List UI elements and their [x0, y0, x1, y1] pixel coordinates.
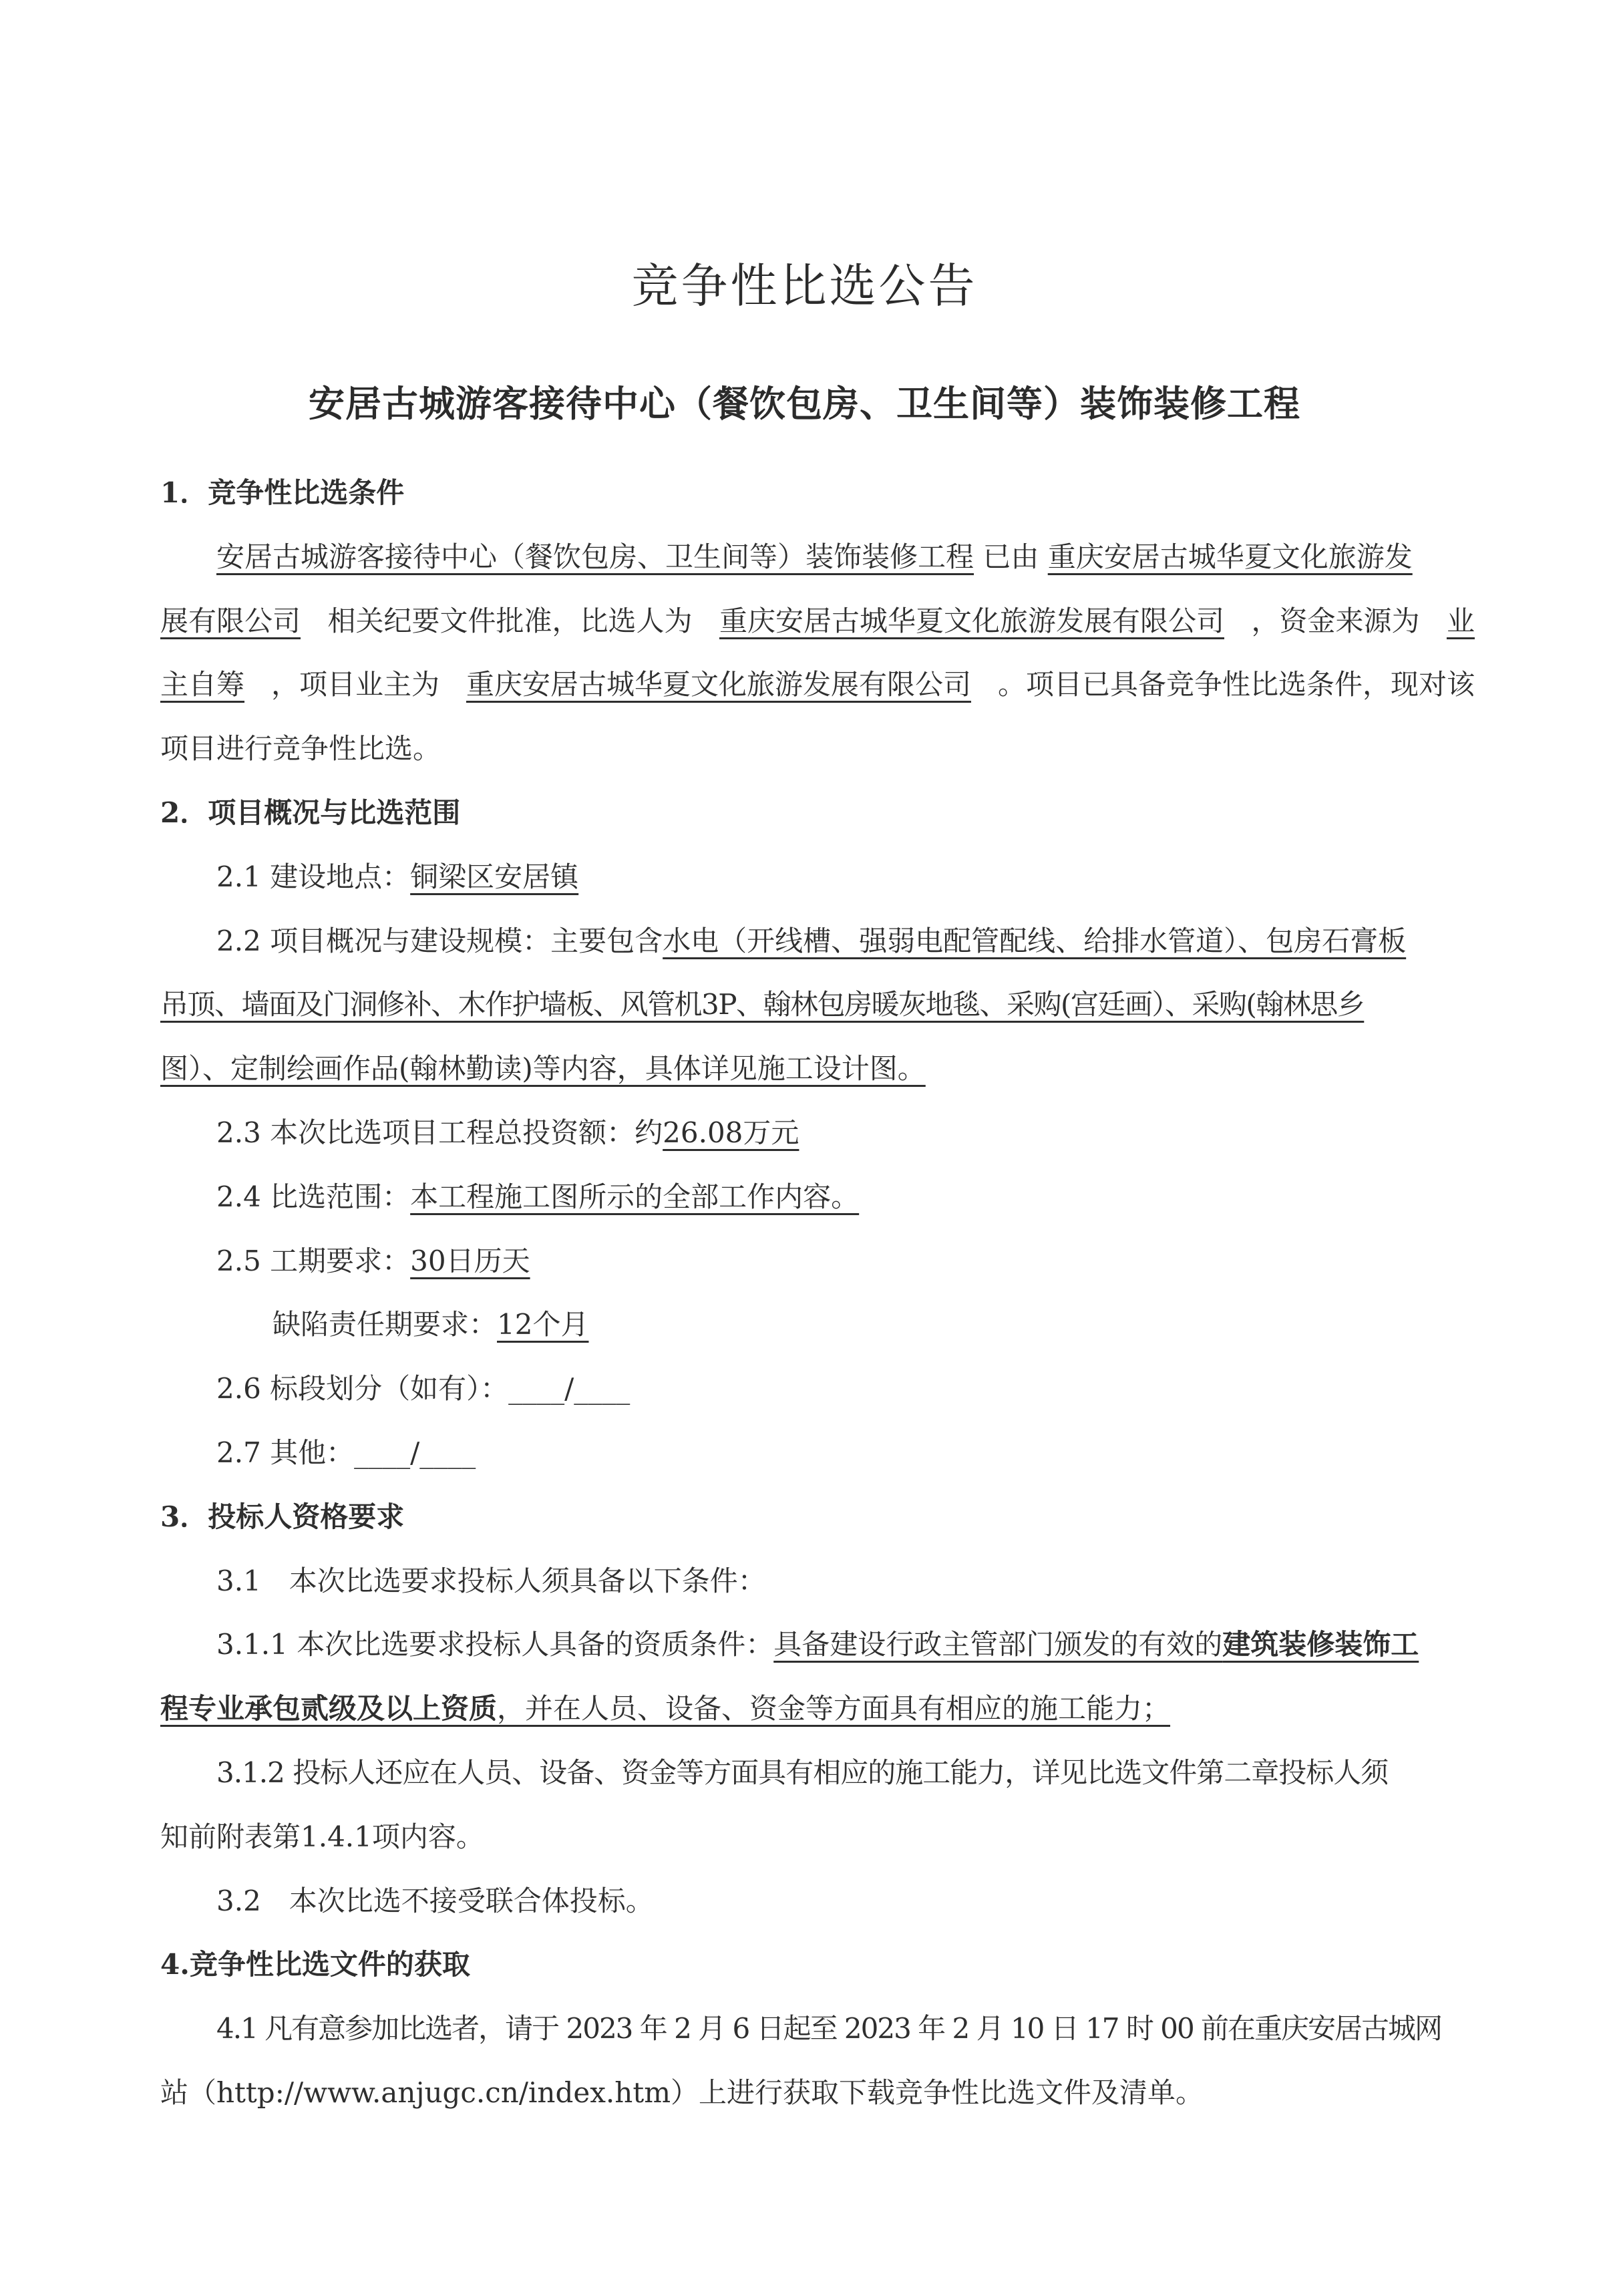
fund-source-part1: 业: [1447, 589, 1475, 653]
selector-name: 重庆安居古城华夏文化旅游发展有限公司: [719, 589, 1224, 653]
item-2-6-label: 2.6 标段划分（如有）：: [216, 1372, 508, 1405]
project-scope-line-2: 吊顶、墙面及门洞修补、木作护墙板、风管机3P、翰林包房暖灰地毯、采购(宫廷画）、…: [160, 988, 1364, 1021]
item-2-2-line-3: 图）、定制绘画作品(翰林勤读)等内容，具体详见施工设计图。: [160, 1037, 1475, 1101]
item-2-2-label: 2.2 项目概况与建设规模：主要包含: [216, 925, 663, 957]
qualification-text-b: 建筑装修装饰工: [1222, 1628, 1419, 1661]
document-title: 竞争性比选公告: [0, 249, 1609, 316]
section-4-heading: 4.竞争性比选文件的获取: [160, 1933, 1475, 1997]
text-owner: ，项目业主为: [271, 653, 439, 717]
item-4-1-line-2: 站（http://www.anjugc.cn/index.htm）上进行获取下载…: [160, 2061, 1475, 2125]
approver-name-part1: 重庆安居古城华夏文化旅游发: [1048, 540, 1413, 573]
document-page: 竞争性比选公告 安居古城游客接待中心（餐饮包房、卫生间等）装饰装修工程 1．竞争…: [0, 0, 1609, 2296]
defect-liability-label: 缺陷责任期要求：: [273, 1308, 497, 1341]
item-2-4-label: 2.4 比选范围：: [216, 1180, 410, 1213]
section-1-heading: 1．竞争性比选条件: [160, 461, 1475, 525]
item-2-5-label: 2.5 工期要求：: [216, 1245, 410, 1277]
item-2-7: 2.7 其他：____/____: [160, 1421, 1475, 1485]
item-2-2-line-2: 吊顶、墙面及门洞修补、木作护墙板、风管机3P、翰林包房暖灰地毯、采购(宫廷画）、…: [160, 973, 1475, 1037]
item-3-1-1-line-1: 3.1.1 本次比选要求投标人具备的资质条件：具备建设行政主管部门颁发的有效的建…: [160, 1613, 1475, 1677]
item-2-7-label: 2.7 其他：: [216, 1436, 354, 1469]
section-2-heading: 2．项目概况与比选范围: [160, 781, 1475, 845]
construction-period: 30日历天: [410, 1245, 530, 1277]
selection-scope: 本工程施工图所示的全部工作内容。: [410, 1180, 859, 1213]
total-investment: 26.08万元: [663, 1116, 799, 1149]
item-2-1: 2.1 建设地点：铜梁区安居镇: [160, 845, 1475, 909]
text-approval: 相关纪要文件批准，比选人为: [327, 589, 692, 653]
item-2-4: 2.4 比选范围：本工程施工图所示的全部工作内容。: [160, 1165, 1475, 1229]
project-scope-line-3: 图）、定制绘画作品(翰林勤读)等内容，具体详见施工设计图。: [160, 1052, 926, 1085]
item-3-1-1-label: 3.1.1 本次比选要求投标人具备的资质条件：: [216, 1628, 773, 1661]
item-4-1-line-1: 4.1 凡有意参加比选者，请于 2023 年 2 月 6 日起至 2023 年 …: [160, 1997, 1475, 2061]
defect-liability: 缺陷责任期要求：12个月: [160, 1293, 1475, 1357]
item-2-5: 2.5 工期要求：30日历天: [160, 1229, 1475, 1293]
item-2-3-label: 2.3 本次比选项目工程总投资额：约: [216, 1116, 663, 1149]
owner-name: 重庆安居古城华夏文化旅游发展有限公司: [466, 653, 971, 717]
item-3-1-2-line-2: 知前附表第1.4.1项内容。: [160, 1805, 1475, 1869]
section-1-para-line-2: 展有限公司 相关纪要文件批准，比选人为 重庆安居古城华夏文化旅游发展有限公司 ，…: [160, 589, 1475, 653]
project-name: 安居古城游客接待中心（餐饮包房、卫生间等）装饰装修工程: [216, 540, 974, 573]
item-2-1-label: 2.1 建设地点：: [216, 860, 410, 893]
project-scope-line-1: 水电（开线槽、强弱电配管配线、给排水管道）、包房石膏板: [663, 925, 1406, 957]
section-3-heading: 3．投标人资格要求: [160, 1485, 1475, 1549]
document-body: 1．竞争性比选条件 安居古城游客接待中心（餐饮包房、卫生间等）装饰装修工程 已由…: [160, 461, 1475, 2125]
other-blank: ____/____: [354, 1436, 476, 1469]
fund-source-part2: 主自筹: [160, 653, 244, 717]
qualification-capability: ，并在人员、设备、资金等方面具有相应的施工能力；: [497, 1692, 1170, 1725]
item-3-1-2-line-1: 3.1.2 投标人还应在人员、设备、资金等方面具有相应的施工能力，详见比选文件第…: [160, 1741, 1475, 1805]
section-1-para-line-4: 项目进行竞争性比选。: [160, 717, 1475, 781]
text-approved-by: 已由: [974, 540, 1048, 573]
lot-division-blank: ____/____: [508, 1372, 630, 1405]
construction-site: 铜梁区安居镇: [410, 860, 578, 893]
approver-name-part2: 展有限公司: [160, 589, 301, 653]
item-2-6: 2.6 标段划分（如有）：____/____: [160, 1357, 1475, 1421]
text-fund-source: ，资金来源为: [1251, 589, 1419, 653]
qualification-grade: 程专业承包贰级及以上资质: [160, 1692, 497, 1725]
qualification-text-a: 具备建设行政主管部门颁发的有效的: [773, 1628, 1222, 1661]
section-1-para-line-3: 主自筹 ，项目业主为 重庆安居古城华夏文化旅游发展有限公司 。项目已具备竞争性比…: [160, 653, 1475, 717]
section-1-para-line-1: 安居古城游客接待中心（餐饮包房、卫生间等）装饰装修工程 已由 重庆安居古城华夏文…: [160, 525, 1475, 589]
project-subtitle: 安居古城游客接待中心（餐饮包房、卫生间等）装饰装修工程: [0, 375, 1609, 427]
item-2-2-line-1: 2.2 项目概况与建设规模：主要包含水电（开线槽、强弱电配管配线、给排水管道）、…: [160, 909, 1475, 973]
item-3-1-1-line-2: 程专业承包贰级及以上资质，并在人员、设备、资金等方面具有相应的施工能力；: [160, 1677, 1475, 1741]
item-2-3: 2.3 本次比选项目工程总投资额：约26.08万元: [160, 1101, 1475, 1165]
defect-liability-period: 12个月: [497, 1308, 588, 1341]
text-conditions: 。项目已具备竞争性比选条件，现对该: [998, 653, 1475, 717]
item-3-2: 3.2 本次比选不接受联合体投标。: [160, 1869, 1475, 1933]
item-3-1: 3.1 本次比选要求投标人须具备以下条件：: [160, 1549, 1475, 1613]
